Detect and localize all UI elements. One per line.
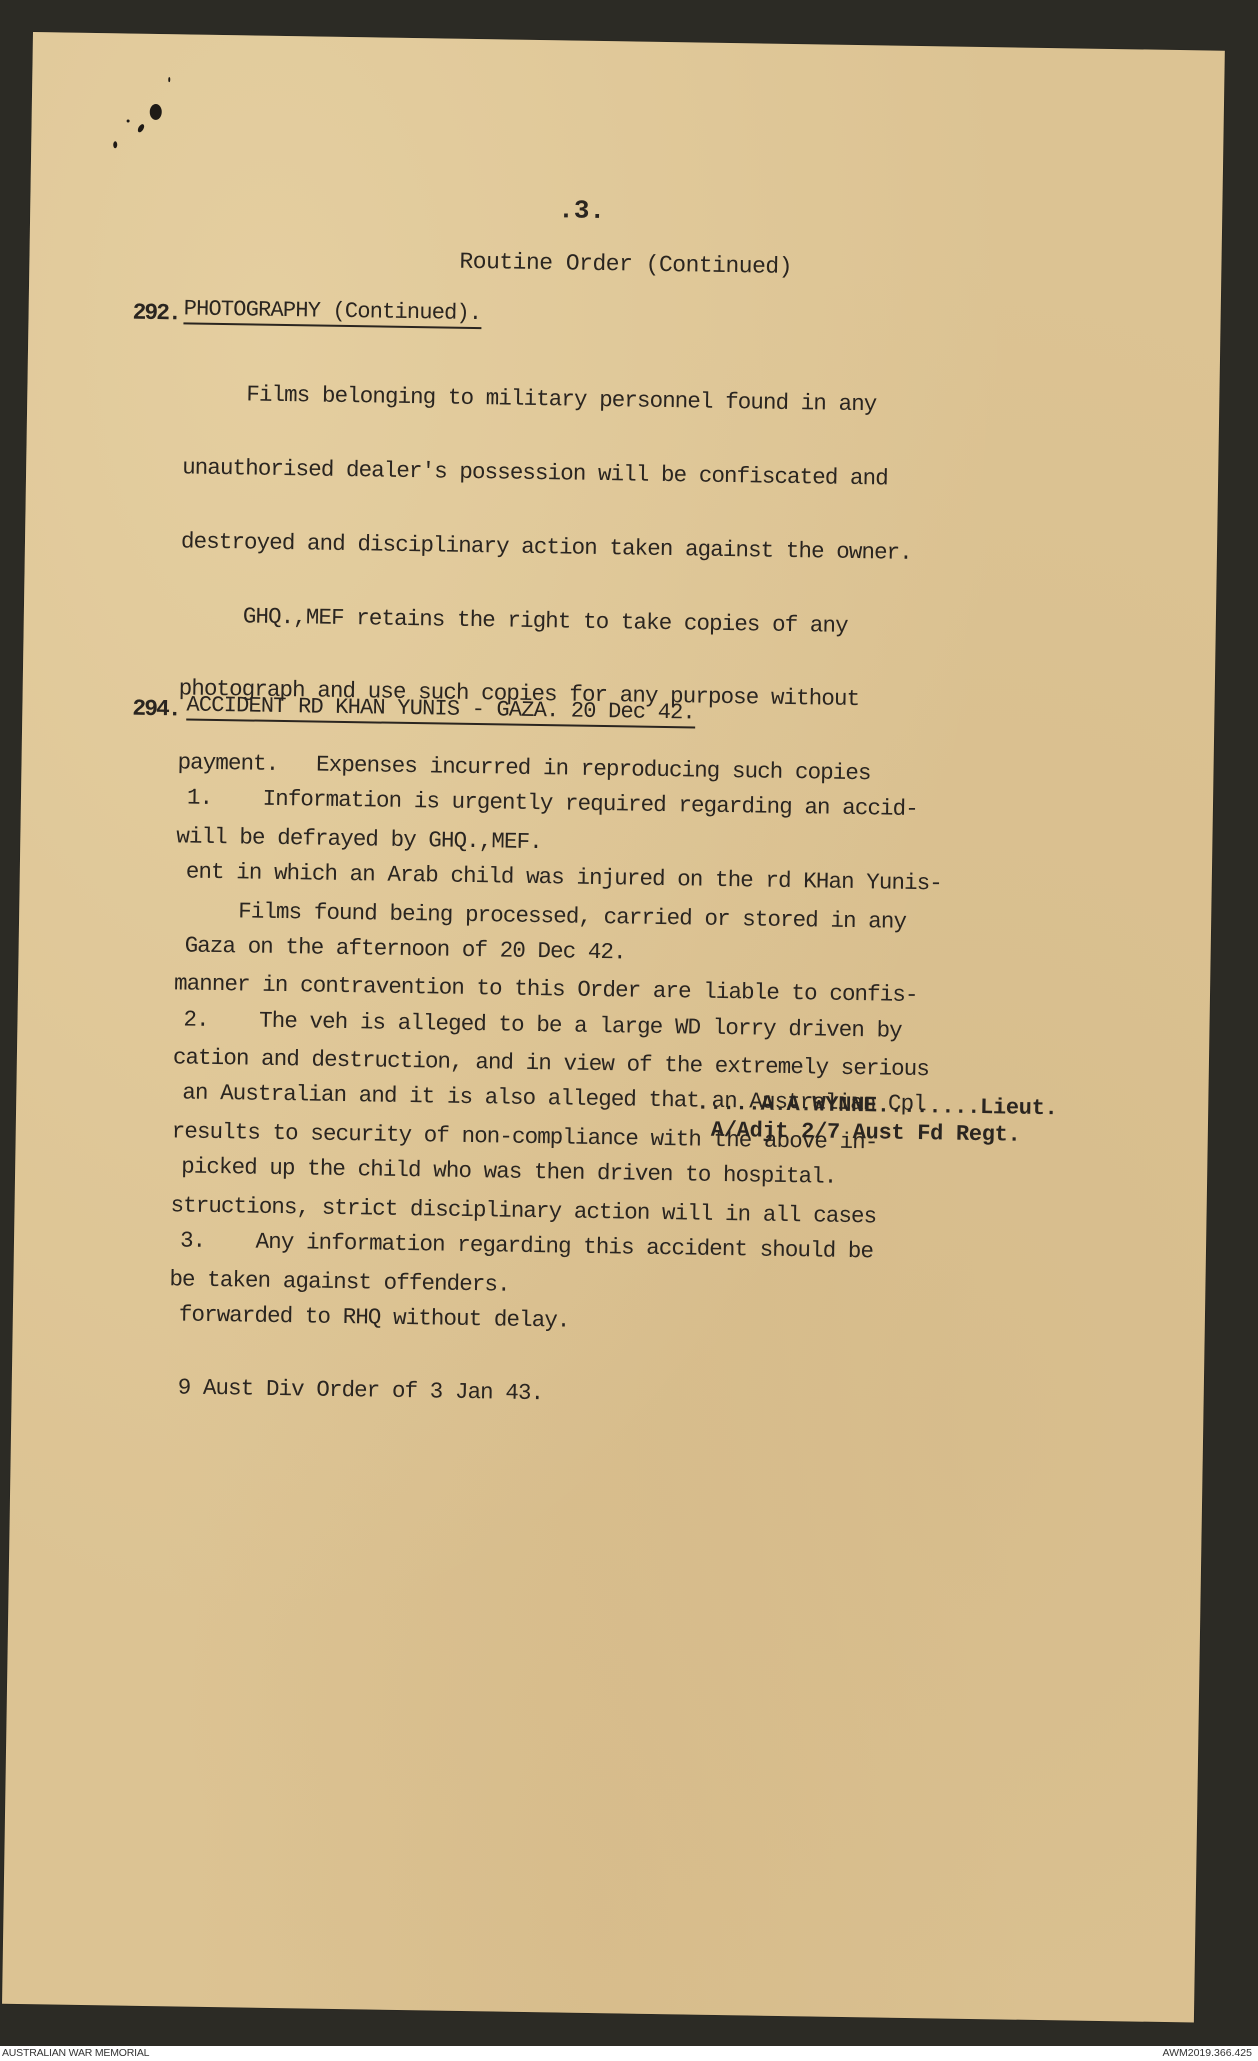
text-line: 3. Any information regarding this accide…: [180, 1228, 936, 1264]
ink-blot: [168, 77, 170, 82]
item-number: 292.: [132, 300, 180, 327]
text-line: 2. The veh is alleged to be a large WD l…: [183, 1007, 939, 1043]
text-line: 9 Aust Div Order of 3 Jan 43.: [178, 1376, 934, 1412]
item-title: PHOTOGRAPHY (Continued).: [183, 296, 481, 329]
text-line: forwarded to RHQ without delay.: [179, 1302, 935, 1338]
document-page: .3. Routine Order (Continued) 292. PHOTO…: [2, 32, 1225, 2022]
page-number: .3.: [558, 195, 605, 226]
text-line: Films belonging to military personnel fo…: [183, 382, 939, 418]
text-line: Gaza on the afternoon of 20 Dec 42.: [184, 933, 940, 969]
accession-number: AWM2019.366.425: [1162, 2047, 1252, 2059]
ink-blot: [127, 119, 130, 122]
text-line: picked up the child who was then driven …: [181, 1155, 937, 1191]
text-line: destroyed and disciplinary action taken …: [181, 529, 937, 565]
ink-blot: [137, 123, 146, 133]
text-line: ent in which an Arab child was injured o…: [186, 859, 942, 895]
item-number: 294.: [132, 696, 180, 723]
document-heading: Routine Order (Continued): [459, 249, 792, 280]
ink-blot: [113, 141, 117, 148]
text-line: GHQ.,MEF retains the right to take copie…: [180, 603, 936, 639]
institution-credit: AUSTRALIAN WAR MEMORIAL: [2, 2047, 149, 2059]
text-line: 1. Information is urgently required rega…: [187, 786, 943, 822]
text-line: unauthorised dealer's possession will be…: [182, 455, 938, 491]
signature-title: A/Adjt 2/7 Aust Fd Regt.: [711, 1118, 1021, 1148]
ink-blot: [150, 104, 162, 120]
